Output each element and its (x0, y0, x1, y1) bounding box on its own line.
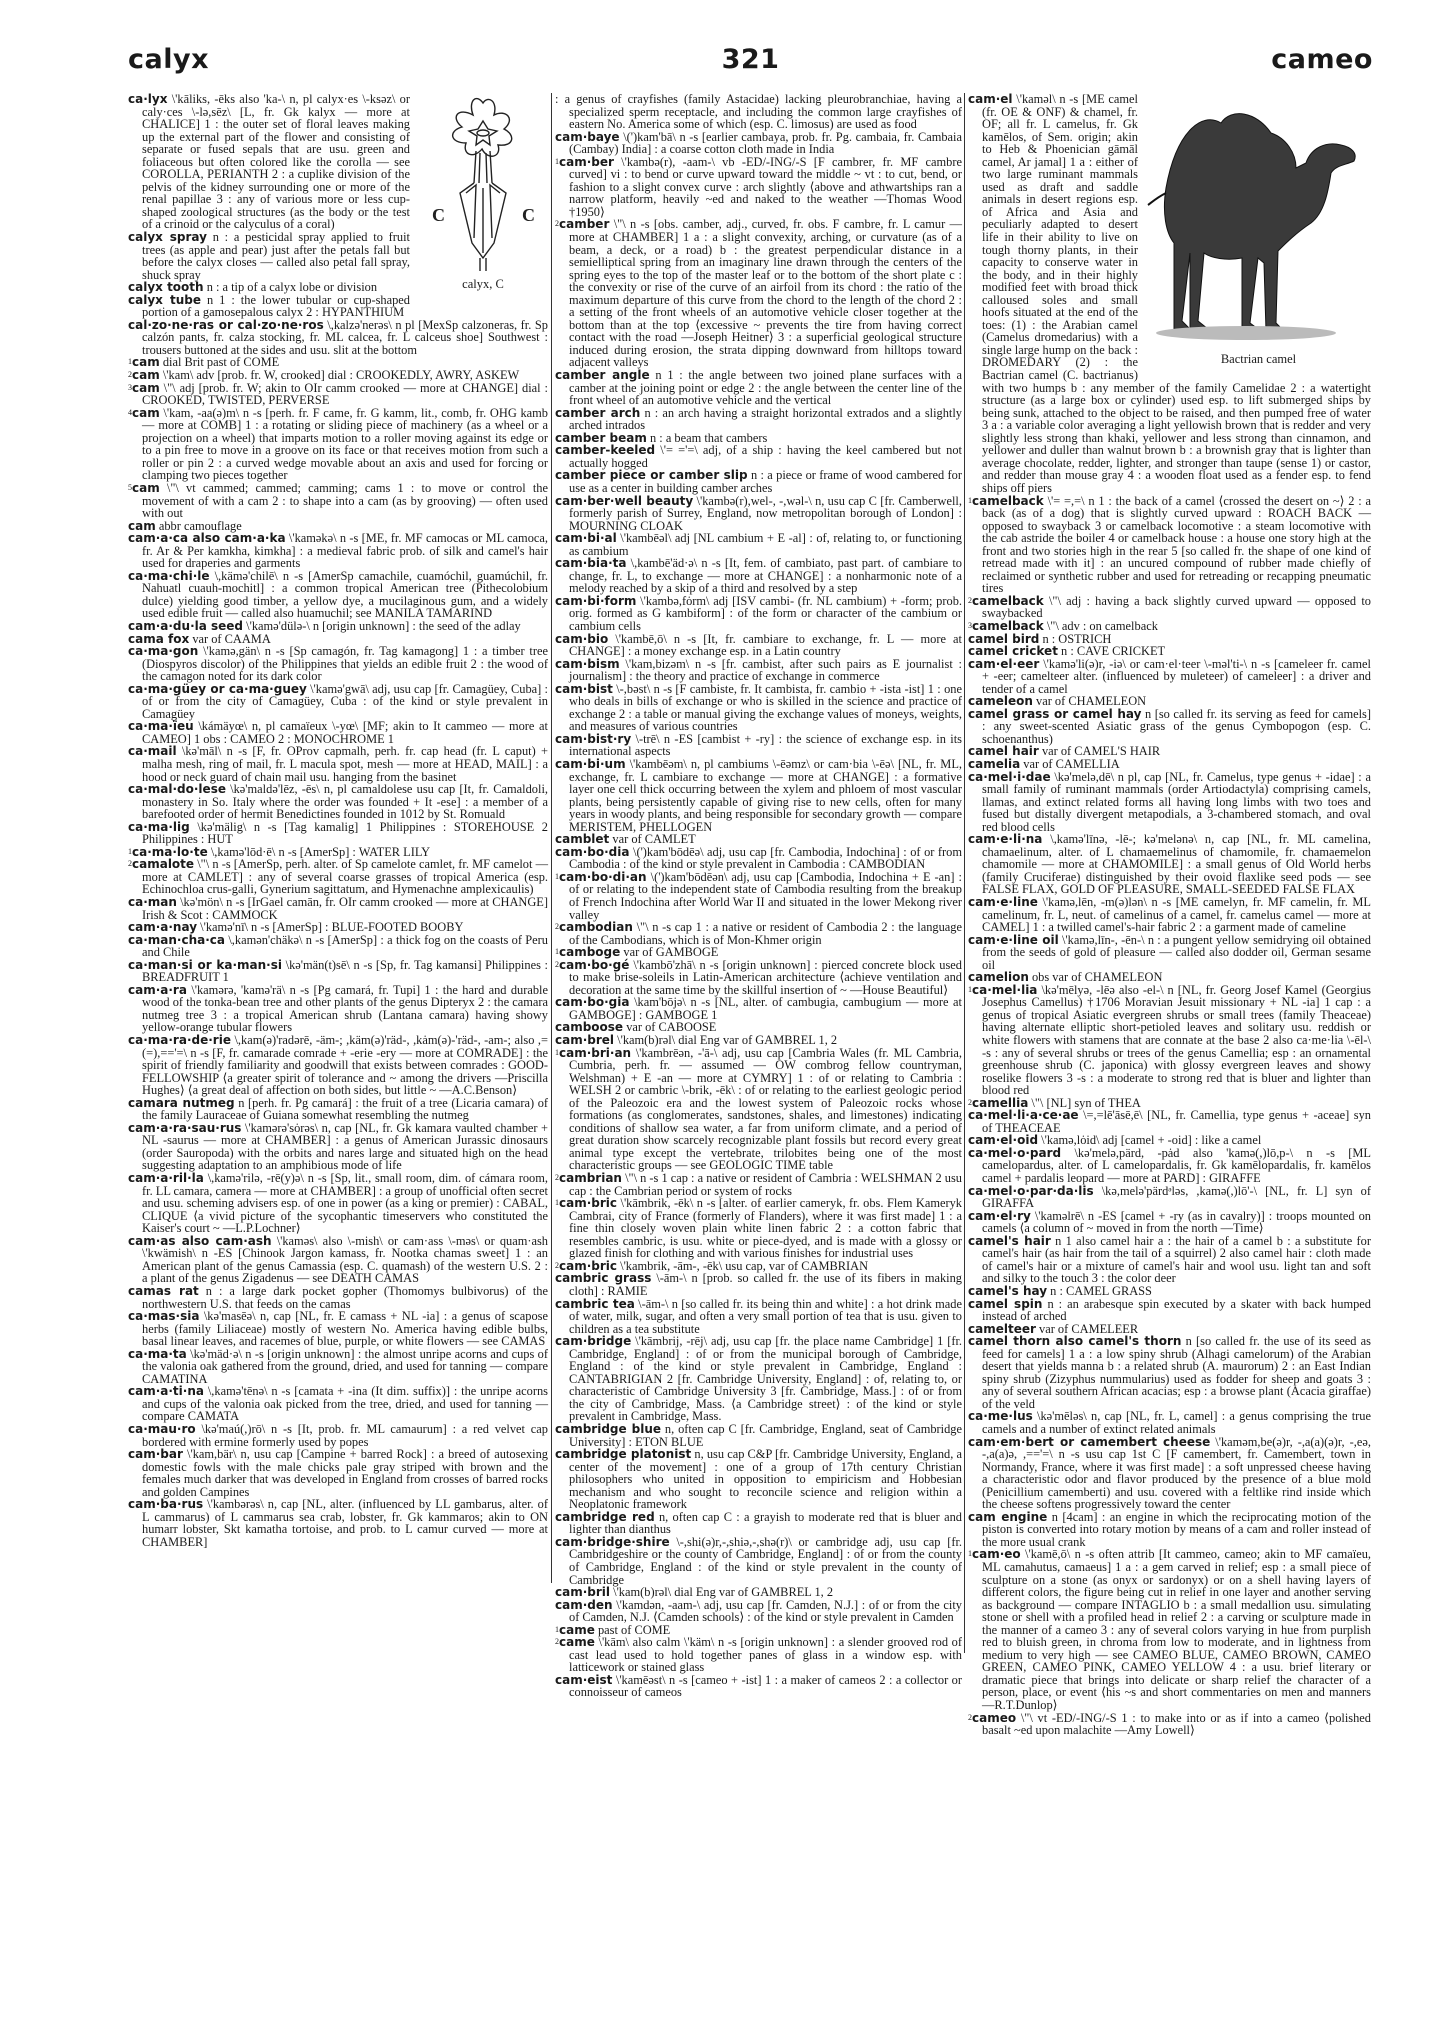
definition-text: \'kamərə, 'kamə'rä\ n -s [Pg camará, fr.… (142, 983, 548, 1035)
definition-text: \'kam, -aa(ə)m\ n -s [perh. fr. F came, … (142, 406, 548, 483)
definition-text: \'kamə,gän\ n -s [Sp camagón, fr. Tag ka… (142, 644, 548, 683)
dictionary-entry: cam·bo·gia \kam'bōjə\ n -s [NL, alter. o… (555, 996, 962, 1021)
calyx-label-left: C (432, 205, 445, 225)
dictionary-entry: ca·ma·güey or ca·ma·guey \'kamə'gwā\ adj… (128, 683, 548, 721)
dictionary-entry: camel's hair n 1 also camel hair a : the… (968, 1235, 1371, 1285)
page-header: calyx 321 cameo (128, 44, 1373, 94)
dictionary-entry: camel grass or camel hay n [so called fr… (968, 708, 1371, 746)
definition-text: \'kamə'dülə-\ n [origin unknown] : the s… (246, 619, 521, 633)
dictionary-entry: ca·ma·chi·le \,kämə'chilē\ n -s [AmerSp … (128, 570, 548, 620)
figure-camel: Bactrian camel (1146, 93, 1371, 366)
definition-text: \"\ vt cammed; cammed; camming; cams 1 :… (142, 481, 548, 520)
definition-text: \'kaməlrē\ n -ES [camel + -ry (as in cav… (982, 1209, 1371, 1236)
definition-text: \'kambə(r), -aam-\ vb -ED/-ING/-S [F cam… (569, 155, 962, 219)
definition-text: \'kambərəs\ n, cap [NL, alter. (influenc… (142, 1497, 548, 1549)
definition-text: \,kambē'äd·ə\ n -s [It, fem. of cambiato… (569, 556, 962, 595)
definition-text: \'kambēəm\ n, pl cambiums \-ēəmz\ or cam… (569, 757, 962, 834)
dictionary-entry: cam·bridge·shire \-,shi(ə)r,-,shiə,-,shə… (555, 1536, 962, 1586)
dictionary-entry: cam·em·bert or camembert cheese \'kaməm,… (968, 1436, 1371, 1511)
definition-text: \kámäyœ\ n, pl camaïeux \-yœ\ [MF; akin … (142, 719, 548, 746)
dictionary-entry: cam·a·ra \'kamərə, 'kamə'rä\ n -s [Pg ca… (128, 984, 548, 1034)
dictionary-entry: cambridge blue n, often cap C [fr. Cambr… (555, 1423, 962, 1448)
definition-text: \'kāmbrij, -rēj\ adj, usu cap [fr. the p… (569, 1334, 962, 1423)
dictionary-entry: 5cam \"\ vt cammed; cammed; camming; cam… (128, 482, 548, 520)
column-left: C C calyx, C ca·lyx \'kāliks, -ēks also … (128, 93, 548, 1548)
definition-text: \'kamdən, -aam-\ adj, usu cap [fr. Camde… (569, 1598, 962, 1625)
dictionary-entry: ca·mal·do·lese \kə'maldə'lēz, -ēs\ n, pl… (128, 783, 548, 821)
dictionary-entry: cam·den \'kamdən, -aam-\ adj, usu cap [f… (555, 1599, 962, 1624)
dictionary-entry: 2came \'kām\ also calm \'käm\ n -s [orig… (555, 1636, 962, 1674)
dictionary-entry: cam·bo·dia \(')kam'bōdēə\ adj, usu cap [… (555, 846, 962, 871)
dictionary-entry: 2camelback \"\ adj : having a back sligh… (968, 595, 1371, 620)
definition-text: \'= =,=\ n 1 : the back of a camel ⟨cros… (982, 494, 1371, 596)
right-guideword: cameo (1271, 44, 1373, 75)
figure-calyx: C C calyx, C (418, 93, 548, 291)
dictionary-entry: camber arch n : an arch having a straigh… (555, 407, 962, 432)
dictionary-entry: 1cam·eo \'kamē,ō\ n -s often attrib [It … (968, 1548, 1371, 1711)
definition-text: \'kam,bizəm\ n -s [fr. cambist, after su… (569, 657, 962, 684)
dictionary-entry: 4cam \'kam, -aa(ə)m\ n -s [perh. fr. F c… (128, 407, 548, 482)
definition-text: : a genus of crayfishes (family Astacida… (555, 92, 962, 131)
entries-list: : a genus of crayfishes (family Astacida… (555, 93, 962, 1699)
dictionary-entry: cam·a·du·la seed \'kamə'dülə-\ n [origin… (128, 620, 548, 633)
definition-text: \'kamə,lēn, -m(ə)lən\ n -s [ME camelyn, … (982, 895, 1371, 934)
definition-text: \kə'māl\ n -s [F, fr. OProv capmalh, per… (142, 744, 548, 783)
camel-caption: Bactrian camel (1146, 353, 1371, 366)
definition-text: \'kamə'li(ə)r, -iə\ or cam·el·teer \-məl… (982, 657, 1371, 696)
dictionary-entry: 1cam·bri·an \'kambrēən, -'ā-\ adj, usu c… (555, 1047, 962, 1172)
dictionary-entry: ca·mel·i·dae \kə'melə,dē\ n pl, cap [NL,… (968, 771, 1371, 834)
dictionary-entry: camas rat n : a large dark pocket gopher… (128, 1285, 548, 1310)
dictionary-entry: camber-keeled \'= ='=\ adj, of a ship : … (555, 444, 962, 469)
dictionary-entry: 2cambodian \"\ n -s cap 1 : a native or … (555, 921, 962, 946)
definition-text: \kə'mēləs\ n, cap [NL, fr. L, camel] : a… (982, 1409, 1371, 1436)
dictionary-entry: cam·a·ti·na \,kamə'tēnə\ n -s [camata + … (128, 1385, 548, 1423)
dictionary-entry: ca·ma·gon \'kamə,gän\ n -s [Sp camagón, … (128, 645, 548, 683)
dictionary-entry: cam·ba·rus \'kambərəs\ n, cap [NL, alter… (128, 1498, 548, 1548)
dictionary-entry: cam·bridge \'kāmbrij, -rēj\ adj, usu cap… (555, 1335, 962, 1423)
definition-text: \'kambē,ō\ n -s [It, fr. cambiare to exc… (569, 632, 962, 659)
dictionary-entry: cam·bia·ta \,kambē'äd·ə\ n -s [It, fem. … (555, 557, 962, 595)
dictionary-entry: cambridge platonist n, usu cap C&P [fr. … (555, 1448, 962, 1511)
definition-text: \kə'mäd·ə\ n -s [origin unknown] : the a… (142, 1347, 548, 1386)
dictionary-entry: 2cameo \"\ vt -ED/-ING/-S 1 : to make in… (968, 1712, 1371, 1737)
dictionary-entry: 1ca·mel·lia \kə'mēlyə, -lēə also -el-\ n… (968, 984, 1371, 1097)
definition-text: \'kam,bär\ n, usu cap [Campine + barred … (142, 1447, 548, 1499)
dictionary-entry: cam engine n [4cam] : an engine in which… (968, 1511, 1371, 1549)
dictionary-entry: 1cam·bo·di·an \(')kam'bōdēən\ adj, usu c… (555, 871, 962, 921)
definition-text: \-,bəst\ n -s [F cambiste, fr. It cambis… (569, 682, 962, 734)
definition-text: \'kamēəst\ n -s [cameo + -ist] 1 : a mak… (569, 1673, 962, 1700)
definition-text: \'kāmbrik, -ēk\ n -s [alter. of earlier … (569, 1196, 962, 1260)
dictionary-entry: camara nutmeg n [perh. fr. Pg camará] : … (128, 1097, 548, 1122)
dictionary-entry: cam·a·ril·la \,kamə'rilə, -rē(y)ə\ n -s … (128, 1172, 548, 1235)
dictionary-entry: cam·bi·al \'kambēəl\ adj [NL cambium + E… (555, 532, 962, 557)
dictionary-entry: 2camalote \"\ n -s [AmerSp, perh. alter.… (128, 858, 548, 896)
definition-text: \kə'mälig\ n -s [Tag kamalig] 1 Philippi… (142, 820, 548, 847)
definition-text: \'kambēəl\ adj [NL cambium + E -al] : of… (569, 531, 962, 558)
dictionary-entry: camber piece or camber slip n : a piece … (555, 469, 962, 494)
dictionary-entry: ca·man·si or ka·man·si \kə'män(t)sē\ n -… (128, 959, 548, 984)
dictionary-entry: cam·bi·form \'kambə,fȯrm\ adj [ISV cambi… (555, 595, 962, 633)
calyx-label-right: C (522, 205, 535, 225)
definition-text: \'kamē,ō\ n -s often attrib [It cammeo, … (982, 1547, 1371, 1712)
dictionary-entry: 2camber \"\ n -s [obs. camber, adj., cur… (555, 218, 962, 369)
dictionary-entry: cal·zo·ne·ras or cal·zo·ne·ros \,kalzə'n… (128, 319, 548, 357)
definition-text: \"\ n -s 1 cap : a native or resident of… (569, 1171, 962, 1198)
definition-text: \(')kam'bā\ n -s [earlier cambaya, prob.… (569, 130, 962, 157)
entries-list: ca·lyx \'kāliks, -ēks also 'ka-\ n, pl c… (128, 93, 548, 1548)
column-divider (551, 93, 552, 1583)
definition-text: n : a large dark pocket gopher (Thomomys… (142, 1284, 548, 1311)
dictionary-entry: ca·mas·sia \kə'masēə\ n, cap [NL, fr. E … (128, 1310, 548, 1348)
definition-text: \'kāliks, -ēks also 'ka-\ n, pl calyx·es… (142, 92, 410, 231)
definition-text: \kə'mēlyə, -lēə also -el-\ n [NL, fr. Ge… (982, 983, 1371, 1097)
dictionary-entry: cam·a·ra·sau·rus \'kamərə'sȯrəs\ n, cap … (128, 1122, 548, 1172)
dictionary-entry: cam·bio \'kambē,ō\ n -s [It, fr. cambiar… (555, 633, 962, 658)
dictionary-entry: cam·a·ca also cam·a·ka \'kaməkə\ n -s [M… (128, 532, 548, 570)
dictionary-entry: 1camelback \'= =,=\ n 1 : the back of a … (968, 495, 1371, 595)
dictionary-entry: cam·baye \(')kam'bā\ n -s [earlier camba… (555, 131, 962, 156)
dictionary-entry: cam·e·line \'kamə,lēn, -m(ə)lən\ n -s [M… (968, 896, 1371, 934)
dictionary-entry: cam·el·eer \'kamə'li(ə)r, -iə\ or cam·el… (968, 658, 1371, 696)
dictionary-entry: ca·mel·li·a·ce·ae \=,=lē'āsē,ē\ [NL, fr.… (968, 1109, 1371, 1134)
dictionary-entry: cam·bism \'kam,bizəm\ n -s [fr. cambist,… (555, 658, 962, 683)
dictionary-entry: 2cam·bo·gé \'kambō'zhā\ n -s [origin unk… (555, 959, 962, 997)
dictionary-entry: calyx tube n 1 : the lower tubular or cu… (128, 294, 548, 319)
definition-text: \"\ n -s [obs. camber, adj., curved, fr.… (569, 217, 962, 369)
dictionary-entry: 1cam·bric \'kāmbrik, -ēk\ n -s [alter. o… (555, 1197, 962, 1260)
dictionary-entry: cam·as also cam·ash \'kaməs\ also \-mish… (128, 1235, 548, 1285)
column-middle: : a genus of crayfishes (family Astacida… (555, 93, 962, 1699)
dictionary-entry: cam·bist·ry \-trē\ n -ES [cambist + -ry]… (555, 733, 962, 758)
definition-text: \kə'mön\ n -s [IrGael camān, fr. OIr cam… (142, 895, 548, 922)
dictionary-entry: cam·bist \-,bəst\ n -s [F cambiste, fr. … (555, 683, 962, 733)
dictionary-entry: ca·me·lus \kə'mēləs\ n, cap [NL, fr. L, … (968, 1410, 1371, 1435)
dictionary-entry: cambric grass \-ām-\ n [prob. so called … (555, 1272, 962, 1297)
calyx-flower-illustration: C C (418, 93, 548, 278)
dictionary-entry: cambridge red n, often cap C : a grayish… (555, 1511, 962, 1536)
dictionary-entry: ca·ma·ra·de·rie \,kam(ə)'radərē, -äm-; ,… (128, 1034, 548, 1097)
dictionary-entry: ca·ma·ïeu \kámäyœ\ n, pl camaïeux \-yœ\ … (128, 720, 548, 745)
dictionary-entry: 3cam \"\ adj [prob. fr. W; akin to OIr c… (128, 382, 548, 407)
dictionary-entry: cam·e·line oil \'kamə,līn-, -ēn-\ n : a … (968, 934, 1371, 972)
bactrian-camel-illustration (1146, 93, 1371, 353)
calyx-caption: calyx, C (418, 278, 548, 291)
dictionary-entry: : a genus of crayfishes (family Astacida… (555, 93, 962, 131)
page-number: 321 (128, 44, 1373, 75)
column-divider (964, 93, 965, 1653)
dictionary-entry: cam·eist \'kamēəst\ n -s [cameo + -ist] … (555, 1674, 962, 1699)
dictionary-entry: camel thorn also camel's thorn n [so cal… (968, 1335, 1371, 1410)
dictionary-entry: ca·mau·ro \kə'maú(,)rō\ n -s [It, prob. … (128, 1423, 548, 1448)
dictionary-entry: cam·bi·um \'kambēəm\ n, pl cambiums \-ēə… (555, 758, 962, 833)
dictionary-entry: cam·bar \'kam,bär\ n, usu cap [Campine +… (128, 1448, 548, 1498)
dictionary-entry: ca·mel·o·pard \kə'melə,pärd, -pȧd also '… (968, 1147, 1371, 1185)
definition-text: \kə'maú(,)rō\ n -s [It, prob. fr. ML cam… (142, 1422, 548, 1449)
column-right: Bactrian camel cam·el \'kaməl\ n -s [ME … (968, 93, 1371, 1737)
dictionary-entry: ca·man·cha·ca \,kamən'chäkə\ n -s [AmerS… (128, 934, 548, 959)
dictionary-entry: cam·ber·well beauty \'kambə(r),wel-, -,w… (555, 495, 962, 533)
definition-text: \"\ vt -ED/-ING/-S 1 : to make into or a… (982, 1711, 1371, 1738)
dictionary-entry: 2cambrian \"\ n -s 1 cap : a native or r… (555, 1172, 962, 1197)
dictionary-entry: cam·e·li·na \,kamə'līnə, -lē-; kə'melənə… (968, 833, 1371, 896)
dictionary-entry: 1cam·ber \'kambə(r), -aam-\ vb -ED/-ING/… (555, 156, 962, 219)
dictionary-entry: cam·el·ry \'kaməlrē\ n -ES [camel + -ry … (968, 1210, 1371, 1235)
dictionary-entry: ca·ma·lig \kə'mälig\ n -s [Tag kamalig] … (128, 821, 548, 846)
dictionary-entry: cambric tea \-ām-\ n [so called fr. its … (555, 1298, 962, 1336)
definition-text: \kə'masēə\ n, cap [NL, fr. E camass + NL… (142, 1309, 548, 1348)
definition-text: \'kambrēən, -'ā-\ adj, usu cap [Cambria … (569, 1046, 962, 1173)
dictionary-entry: camber angle n 1 : the angle between two… (555, 369, 962, 407)
dictionary-entry: camel spin n : an arabesque spin execute… (968, 1298, 1371, 1323)
dictionary-entry: ca·mail \kə'māl\ n -s [F, fr. OProv capm… (128, 745, 548, 783)
definition-text: \'kām\ also calm \'käm\ n -s [origin unk… (569, 1635, 962, 1674)
dictionary-entry: ca·mel·o·par·da·lis \kə,melə'pärdᵊləs, ,… (968, 1185, 1371, 1210)
dictionary-entry: ca·ma·ta \kə'mäd·ə\ n -s [origin unknown… (128, 1348, 548, 1386)
dictionary-entry: ca·man \kə'mön\ n -s [IrGael camān, fr. … (128, 896, 548, 921)
definition-text: \"\ n -s [AmerSp, perh. alter. of Sp cam… (142, 857, 548, 896)
definition-text: \"\ adj [prob. fr. W; akin to OIr camm c… (142, 381, 548, 408)
